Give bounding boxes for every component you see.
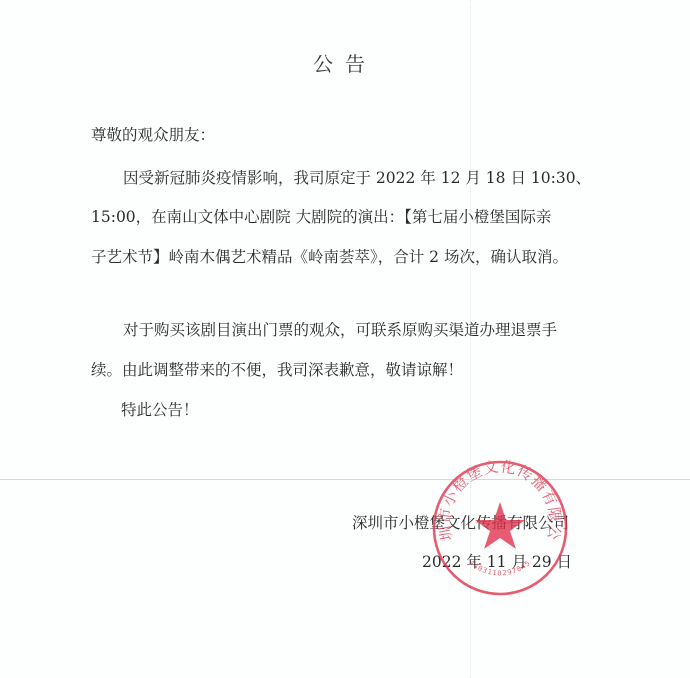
- paragraph-1-line-1: 因受新冠肺炎疫情影响，我司原定于 2022 年 12 月 18 日 10:30、: [123, 166, 591, 188]
- salutation: 尊敬的观众朋友：: [91, 123, 215, 145]
- paragraph-2-line-2: 续。由此调整带来的不便，我司深表歉意，敬请谅解！: [91, 358, 463, 380]
- paragraph-1-line-3: 子艺术节】岭南木偶艺术精品《岭南荟萃》，合计 2 场次，确认取消。: [91, 245, 568, 267]
- signature-company: 深圳市小橙堡文化传播有限公司: [352, 511, 569, 533]
- paragraph-2-line-1: 对于购买该剧目演出门票的观众，可联系原购买渠道办理退票手: [123, 318, 557, 340]
- signature-date: 2022 年 11 月 29 日: [422, 550, 572, 572]
- paragraph-1-line-2: 15:00，在南山文体中心剧院 大剧院的演出：【第七届小橙堡国际亲: [91, 205, 551, 227]
- document-page: 公告 尊敬的观众朋友： 因受新冠肺炎疫情影响，我司原定于 2022 年 12 月…: [0, 0, 690, 678]
- closing-statement: 特此公告！: [121, 398, 199, 420]
- scan-fold-line: [0, 479, 690, 480]
- document-title: 公告: [0, 48, 690, 77]
